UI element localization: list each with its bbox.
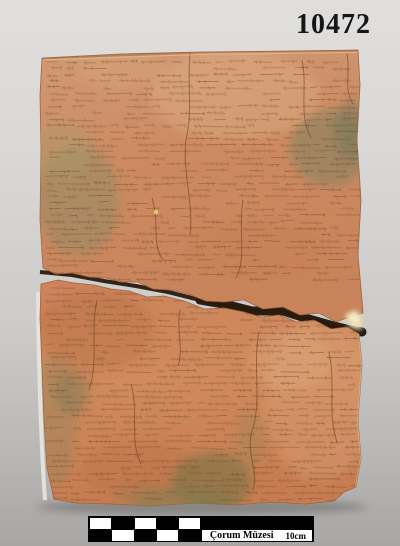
- scale-bar-black-block: [202, 518, 313, 529]
- scale-checker-cell-white: [157, 530, 178, 541]
- scale-bar: Çorum Müzesi 10cm: [88, 516, 314, 542]
- scale-checker-cell-black: [90, 530, 111, 541]
- checker-row-bottom: [90, 530, 201, 541]
- photo-stage: 10472 Çorum Müzesi 10cm: [0, 0, 400, 546]
- yellow-speck: [154, 210, 158, 214]
- tablet-photo: [0, 0, 400, 546]
- scale-checker-cell-black: [157, 518, 178, 529]
- scale-checker-cell-white: [179, 518, 200, 529]
- scale-length-label: 10cm: [286, 531, 307, 541]
- scale-bar-label-row: Çorum Müzesi 10cm: [202, 530, 313, 541]
- scale-checker-cell-white: [135, 518, 156, 529]
- scale-checker-cell-white: [112, 530, 133, 541]
- scale-bar-checker: [90, 518, 201, 541]
- scale-checker-cell-white: [90, 518, 111, 529]
- scale-checker-cell-black: [112, 518, 133, 529]
- museum-name-label: Çorum Müzesi: [210, 530, 274, 541]
- catalog-number: 10472: [296, 9, 371, 41]
- checker-row-top: [90, 518, 201, 529]
- scale-bar-labels: Çorum Müzesi 10cm: [202, 518, 313, 541]
- scale-checker-cell-black: [135, 530, 156, 541]
- scale-checker-cell-black: [179, 530, 200, 541]
